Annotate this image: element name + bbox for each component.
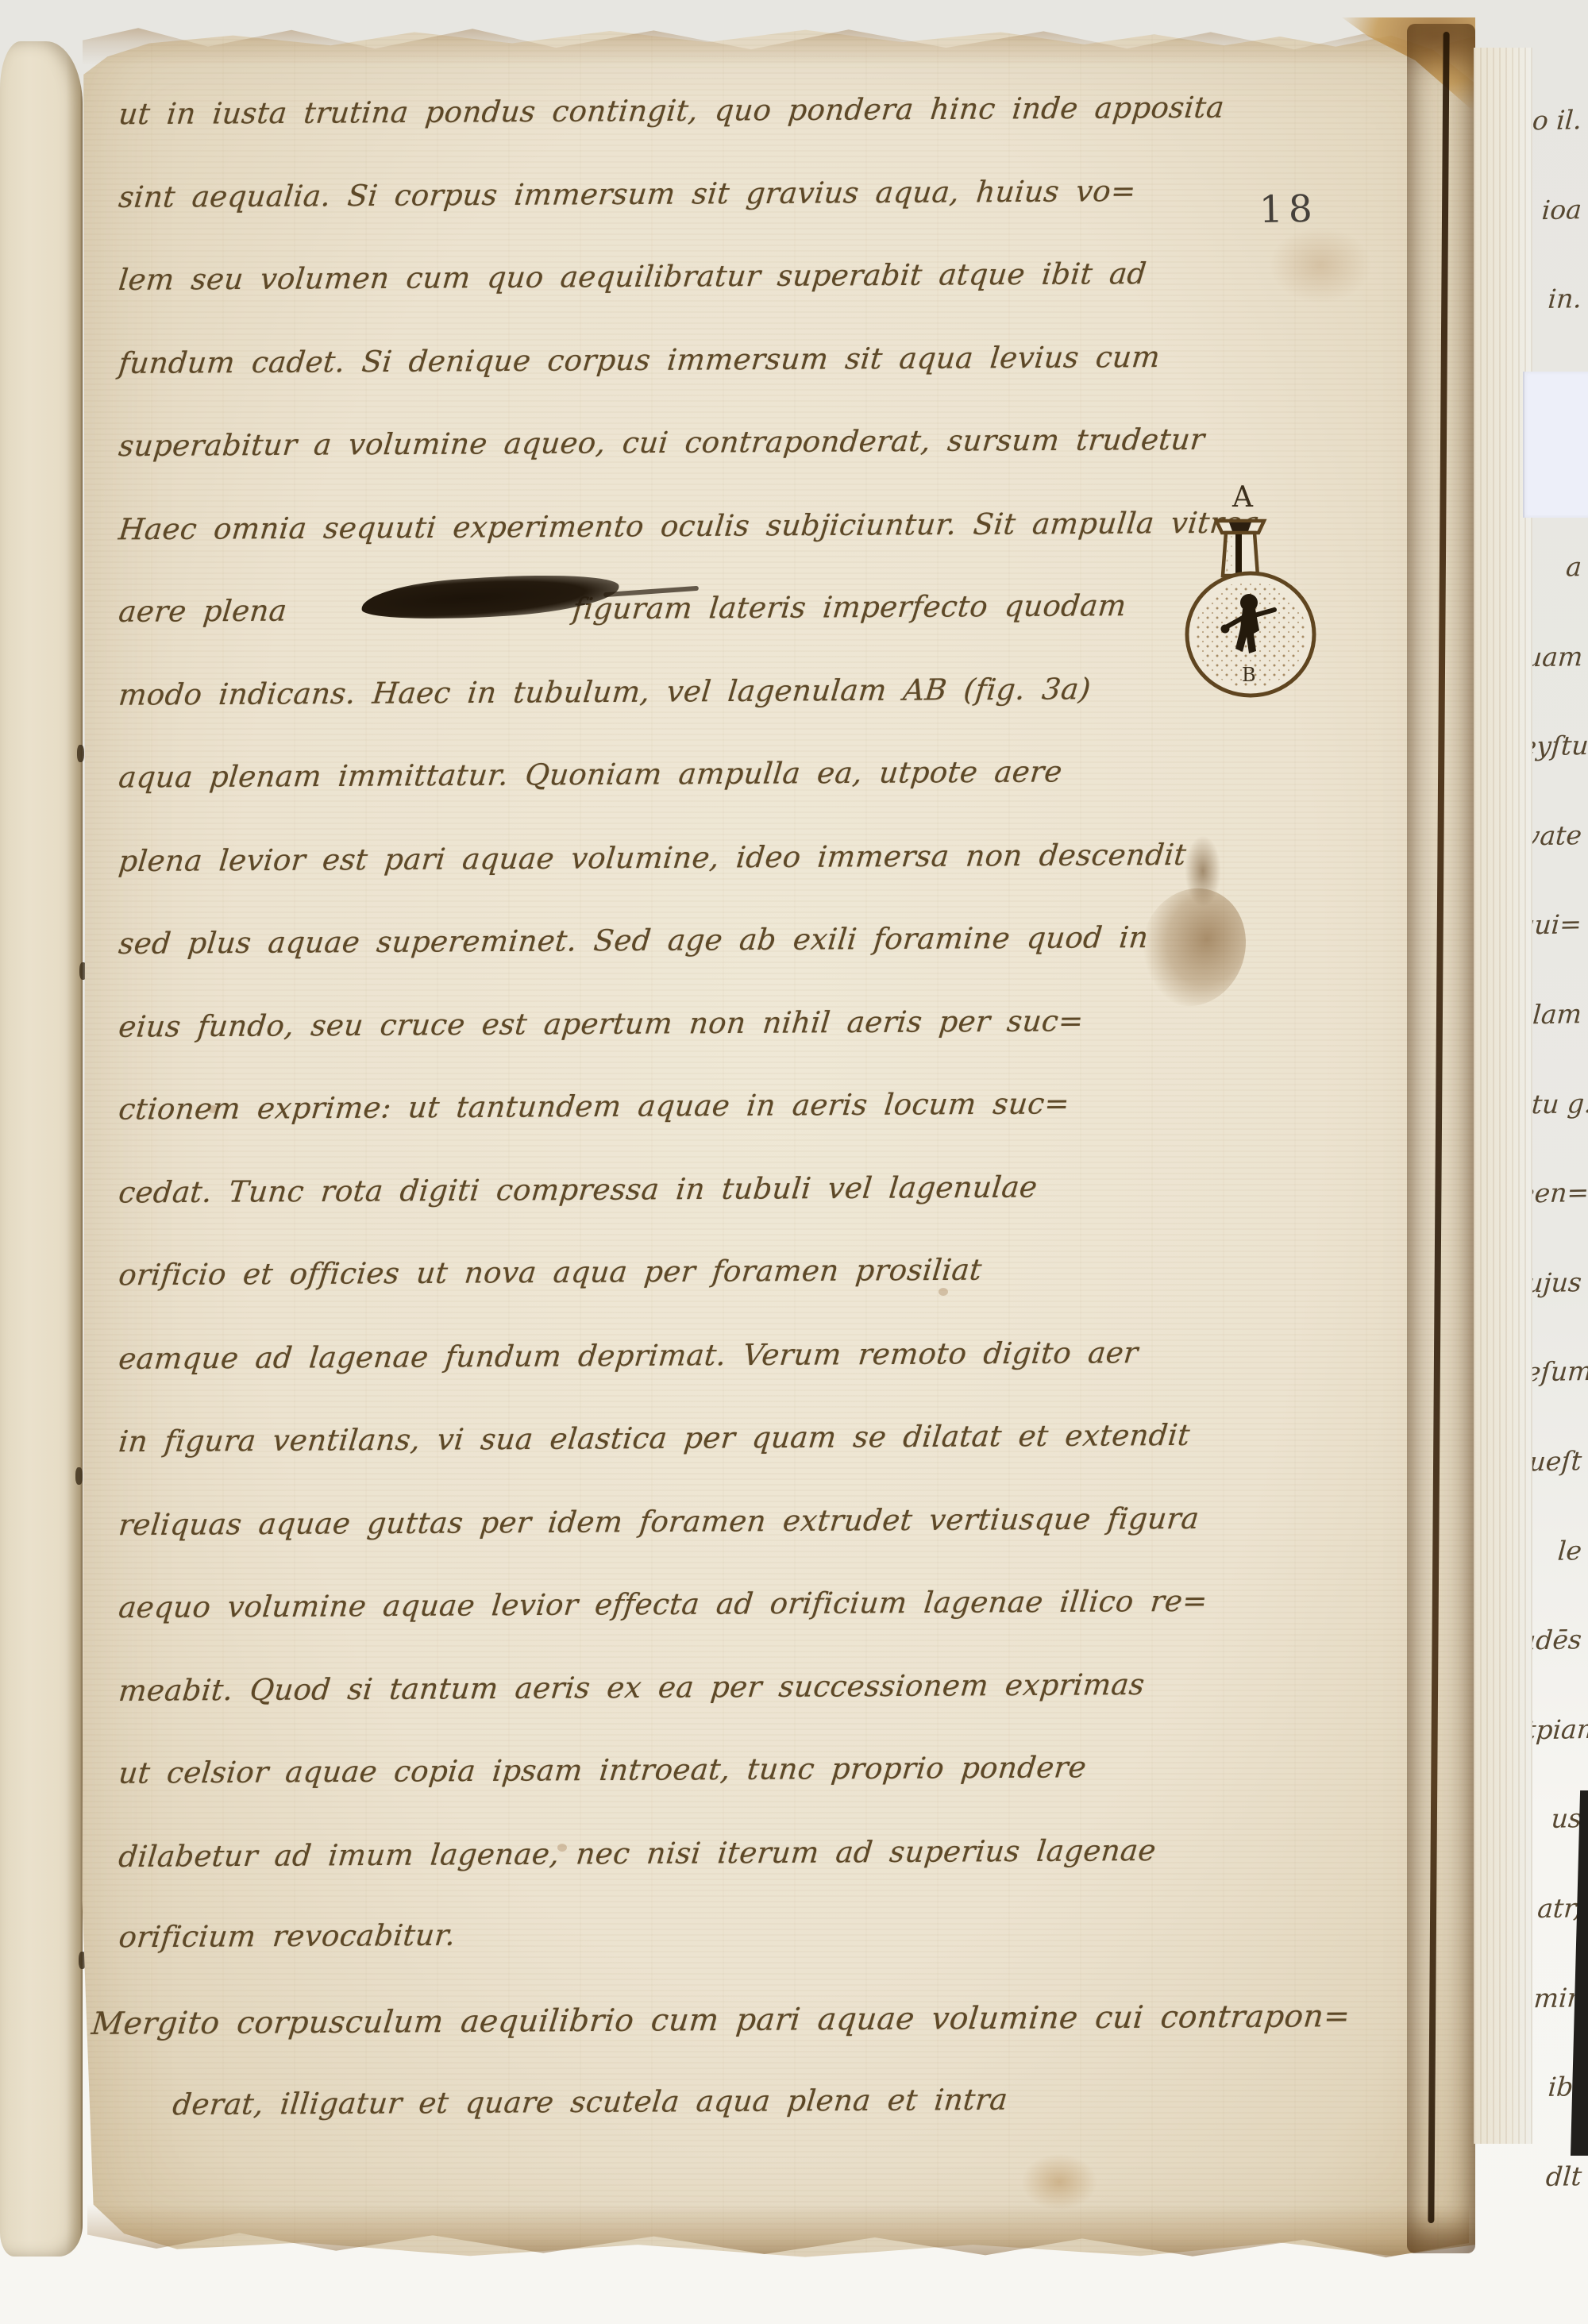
- manuscript-line: superabitur a volumine aqueo, cui contra…: [117, 422, 1206, 463]
- manuscript-line: in figura ventilans, vi sua elastica per…: [117, 1418, 1191, 1459]
- flask-label-a: A: [1231, 481, 1254, 514]
- manuscript-line: meabit. Quod si tantum aeris ex ea per s…: [117, 1667, 1146, 1708]
- manuscript-line: fundum cadet. Si denique corpus immersum…: [117, 339, 1162, 380]
- facing-page-edge: [0, 41, 83, 2257]
- page-top-deckle-edge: [83, 24, 1475, 65]
- manuscript-line: aqua plenam immittatur. Quoniam ampulla …: [118, 754, 1064, 794]
- foxing-spot: [939, 1288, 948, 1296]
- manuscript-line: sint aequalia. Si corpus immersum sit gr…: [117, 174, 1137, 214]
- manuscript-line: ctionem exprime: ut tantundem aquae in a…: [117, 1086, 1071, 1126]
- manuscript-line: aequo volumine aquae levior effecta ad o…: [117, 1584, 1209, 1624]
- flask-with-figure-icon: A B: [1177, 481, 1328, 705]
- page-number: 18: [1259, 187, 1355, 232]
- manuscript-photo: o il.ioain.oĉsg. ſaquamreyſtuvatequi=lam…: [0, 0, 1588, 2324]
- manuscript-line: plena levior est pari aquae volumine, id…: [117, 837, 1188, 877]
- manuscript-line: modo indicans. Haec in tubulum, vel lage…: [117, 672, 1092, 711]
- photo-background-gap: [1571, 1790, 1588, 2156]
- manuscript-line: reliquas aquae guttas per idem foramen e…: [117, 1501, 1201, 1541]
- manuscript-line: derat, illigatur et quare scutela aqua p…: [172, 2083, 1010, 2122]
- page-bottom-deckle-edge: [87, 2204, 1469, 2260]
- binding-stitch: [77, 745, 84, 762]
- manuscript-line: eius fundo, seu cruce est apertum non ni…: [117, 1004, 1085, 1043]
- manuscript-line: Mergito corpusculum aequilibrio cum pari…: [90, 1998, 1351, 2042]
- manuscript-line: orificio et officies ut nova aqua per fo…: [118, 1253, 984, 1293]
- manuscript-line: dilabetur ad imum lagenae, nec nisi iter…: [117, 1833, 1158, 1874]
- manuscript-line: sed plus aquae supereminet. Sed age ab e…: [117, 920, 1150, 961]
- binding-stitch: [75, 1467, 83, 1485]
- margin-fragment: dlt: [1508, 2160, 1583, 2193]
- flask-label-b: B: [1242, 664, 1256, 686]
- reference-card: [1523, 372, 1588, 518]
- manuscript-line: Haec omnia sequuti experimento oculis su…: [117, 505, 1261, 546]
- underlying-leaf-edges: [1474, 48, 1532, 2144]
- manuscript-line: lem seu volumen cum quo aequilibratur su…: [117, 256, 1148, 297]
- manuscript-line: cedat. Tunc rota digiti compressa in tub…: [118, 1170, 1039, 1209]
- manuscript-line: orificium revocabitur.: [118, 1918, 457, 1955]
- manuscript-line: ut celsior aquae copia ipsam introeat, t…: [117, 1750, 1088, 1790]
- manuscript-line: eamque ad lagenae fundum deprimat. Verum…: [117, 1335, 1139, 1376]
- manuscript-line: ut in iusta trutina pondus contingit, qu…: [117, 91, 1225, 131]
